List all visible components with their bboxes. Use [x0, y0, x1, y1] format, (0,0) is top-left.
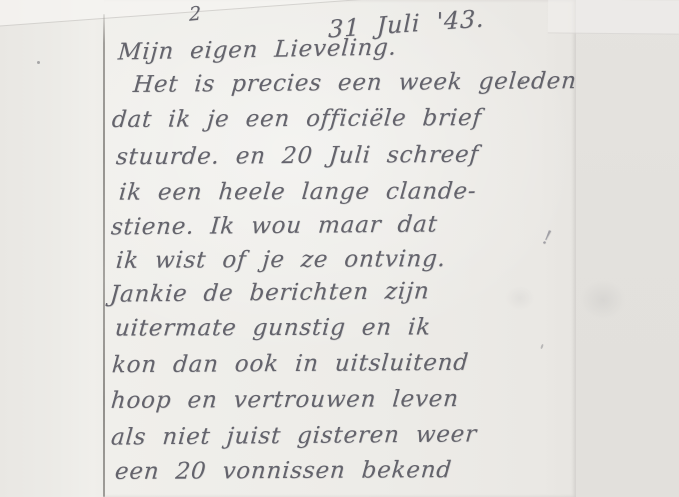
- letter-line: uitermate gunstig en ik: [114, 314, 432, 341]
- letter-line: ik een heele lange clande-: [118, 178, 478, 205]
- letter-line: dat ik je een officiële brief: [111, 105, 483, 133]
- letter-line: stiene. Ik wou maar dat: [110, 212, 439, 241]
- handwriting-layer: 2 31 Juli '43. Mijn eigen Lieveling. Het…: [0, 0, 679, 497]
- letter-line: kon dan ook in uitsluitend: [111, 350, 470, 379]
- letter-line: hoop en vertrouwen leven: [110, 386, 460, 414]
- letter-line: een 20 vonnissen bekend: [114, 457, 453, 485]
- letter-scan: 2 31 Juli '43. Mijn eigen Lieveling. Het…: [0, 0, 679, 497]
- letter-line: Het is precies een week geleden: [132, 68, 578, 98]
- margin-mark: !: [540, 226, 554, 249]
- letter-line: als niet juist gisteren weer: [110, 421, 478, 450]
- page-number: 2: [189, 2, 202, 25]
- letter-line: stuurde. en 20 Juli schreef: [115, 142, 480, 171]
- letter-line: Jankie de berichten zijn: [109, 278, 431, 307]
- letter-line: ik wist of je ze ontving.: [115, 246, 447, 274]
- letter-salutation: Mijn eigen Lieveling.: [117, 35, 398, 66]
